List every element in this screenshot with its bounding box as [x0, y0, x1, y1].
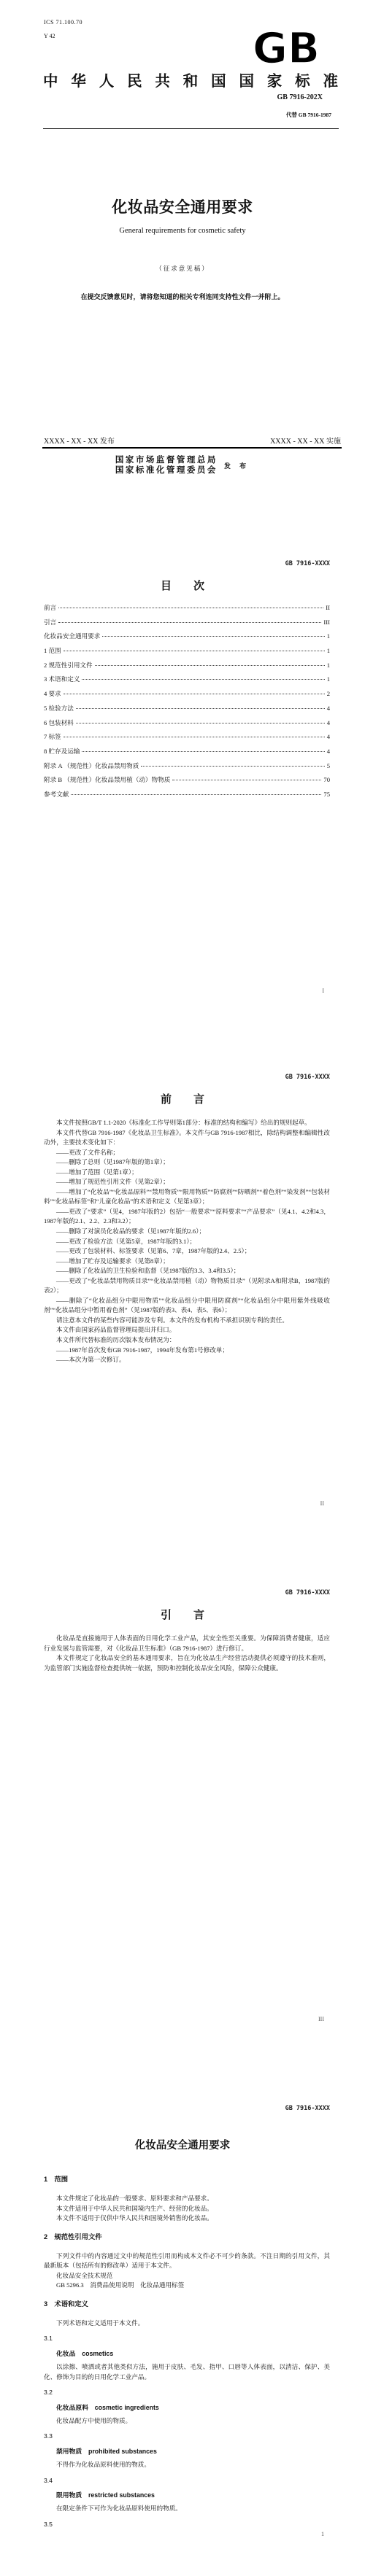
toc-entry-page: 4 [327, 719, 330, 726]
paragraph: ——更改了“化妆品禁用物质目录”“化妆品禁用植（动）物物质目录”（见附录A和附录… [44, 1276, 330, 1296]
toc-entry-page: III [323, 618, 330, 626]
toc-entry-page: 4 [327, 733, 330, 740]
paragraph: 请注意本文件的某些内容可能涉及专利。本文件的发布机构不承担识别专利的责任。 [44, 1316, 330, 1326]
paragraph: ——增加了规范性引用文件（见第2章）； [44, 1177, 330, 1187]
paragraph: 本文件所代替标准的历次版本发布情况为： [44, 1335, 330, 1346]
toc-entry[interactable]: 参考文献 75 [44, 790, 330, 804]
body-block: 1 范围 [44, 2175, 330, 2184]
toc-entry-page: 1 [327, 662, 330, 669]
body-block: 限用物质 restricted substances [44, 2491, 330, 2500]
toc-dot-leader [64, 651, 325, 651]
issue-date: XXXX - XX - XX 发布 [44, 435, 115, 446]
toc-entry-page: 1 [327, 647, 330, 654]
toc-entry-page: 70 [323, 776, 330, 783]
body-block: 化妆品安全技术规范 [44, 2271, 330, 2281]
toc-entry-label: 5 检验方法 [44, 704, 74, 713]
doc-class-code: Y 42 [44, 33, 55, 39]
toc-entry[interactable]: 附录 B （规范性）化妆品禁用植（动）物物质 70 [44, 775, 330, 790]
page-folio: 1 [321, 2531, 324, 2537]
body-blocks: 1 范围 本文件规定了化妆品的一般要求、原料要求和产品要求。 本文件适用于中华人… [44, 2166, 330, 2534]
patent-feedback-notice: 在提交反馈意见时，请将您知道的相关专利连同支持性文件一并附上。 [0, 292, 365, 301]
toc-dot-leader [76, 708, 325, 709]
paragraph: ——删除了对演员化妆品的要求（见1987年版的2.6）； [44, 1227, 330, 1237]
toc-dot-leader [64, 694, 325, 694]
toc-dot-leader [82, 751, 324, 752]
toc-entry-label: 附录 A （规范性）化妆品禁用物质 [44, 761, 139, 770]
toc-entry[interactable]: 附录 A （规范性）化妆品禁用物质 5 [44, 761, 330, 776]
replaces-note: 代替 GB 7916-1987 [286, 111, 331, 119]
toc-dot-leader [76, 723, 325, 723]
svg-text:B: B [288, 26, 320, 66]
standard-document-scroll: ICS 71.100.70 Y 42 G B G B 中华人民共和国国家标准 G… [0, 0, 365, 2576]
toc-dot-leader [95, 665, 325, 666]
introduction-paragraphs: 化妆品是直接施用于人体表面的日用化学工业产品，其安全性至关重要。为保障消费者健康… [44, 1634, 330, 1673]
cover-top-rule [43, 128, 339, 129]
body-block: 3.5 [44, 2520, 330, 2529]
paragraph: ——删除了“化妆品组分中限用物质”“化妆品组分中限用防腐剂”“化妆品组分中限用紫… [44, 1296, 330, 1316]
body-block: 以涂擦、喷洒或者其他类似方法，施用于皮肤、毛发、指甲、口唇等人体表面，以清洁、保… [44, 2362, 330, 2382]
toc-entry-label: 1 范围 [44, 646, 61, 655]
toc-entry[interactable]: 7 标签 4 [44, 732, 330, 747]
body-block: 2 规范性引用文件 [44, 2232, 330, 2242]
paragraph: ——增加了“化妆品”“化妆品原料”“禁用物质”“限用物质”“防腐剂”“防晒剂”“… [44, 1187, 330, 1207]
toc-entry-page: 75 [323, 791, 330, 798]
implementation-date: XXXX - XX - XX 实施 [270, 435, 341, 446]
paragraph: 本文件由国家药品监督管理局提出并归口。 [44, 1325, 330, 1335]
toc-entry[interactable]: 8 贮存及运输 4 [44, 747, 330, 761]
body-block: 化妆品原料 cosmetic ingredients [44, 2403, 330, 2413]
running-header: GB 7916-XXXX [285, 1074, 330, 1081]
body-page: GB 7916-XXXX 化妆品安全通用要求 1 范围 本文件规定了化妆品的一般… [0, 2060, 365, 2576]
draft-status-label: （征求意见稿） [0, 264, 365, 273]
issuer-line-1: 国家市场监督管理总局 [115, 455, 218, 465]
toc-dot-leader [141, 766, 324, 767]
body-block: 3.1 [44, 2334, 330, 2343]
paragraph: 本文件代替GB 7916-1987《化妆品卫生标准》。本文件与GB 7916-1… [44, 1128, 330, 1148]
cover-bottom-rule [42, 447, 342, 449]
body-block: 本文件适用于中华人民共和国境内生产、经营的化妆品。 [44, 2204, 330, 2214]
page-folio: I [322, 988, 324, 994]
publish-label: 发 布 [224, 461, 250, 470]
toc-entry[interactable]: 前言 II [44, 603, 330, 618]
cover-page: ICS 71.100.70 Y 42 G B G B 中华人民共和国国家标准 G… [0, 0, 365, 515]
toc-entry[interactable]: 4 要求 2 [44, 689, 330, 704]
paragraph: ——本次为第一次修订。 [44, 1355, 330, 1365]
paragraph: ——更改了文件名称； [44, 1148, 330, 1158]
toc-entry-page: 1 [327, 632, 330, 640]
body-block: 下列术语和定义适用于本文件。 [44, 2319, 330, 2328]
issuing-bodies: 国家市场监督管理总局 国家标准化管理委员会 发 布 [0, 455, 365, 476]
standard-number: GB 7916-202X [277, 93, 323, 101]
body-block: 3.4 [44, 2476, 330, 2486]
toc-dot-leader [71, 794, 321, 795]
toc-title: 目 次 [0, 578, 365, 593]
body-block: 3.3 [44, 2432, 330, 2441]
toc-entry-page: 2 [327, 690, 330, 697]
body-block: 化妆品 cosmetics [44, 2349, 330, 2359]
toc-dot-leader [82, 679, 324, 680]
document-title-cn: 化妆品安全通用要求 [0, 195, 365, 217]
toc-entry-page: 4 [327, 705, 330, 712]
toc-dot-leader [58, 608, 323, 608]
toc-entry-label: 8 贮存及运输 [44, 747, 80, 756]
paragraph: 本文件规定了化妆品安全的基本通用要求，旨在为化妆品生产经营活动提供必须遵守的技术… [44, 1653, 330, 1673]
body-block: 本文件规定了化妆品的一般要求、原料要求和产品要求。 [44, 2194, 330, 2203]
body-block: 3 术语和定义 [44, 2300, 330, 2309]
body-block: 不得作为化妆品原料使用的物质。 [44, 2460, 330, 2470]
body-block: GB 5296.3 消费品使用说明 化妆品通用标签 [44, 2281, 330, 2290]
toc-entry-label: 前言 [44, 603, 56, 612]
svg-text:G: G [253, 26, 288, 66]
toc-entry[interactable]: 2 规范性引用文件 1 [44, 661, 330, 675]
introduction-title: 引 言 [0, 1607, 365, 1622]
toc-entry[interactable]: 5 检验方法 4 [44, 704, 330, 718]
toc-entry-label: 4 要求 [44, 689, 61, 698]
body-block: 在限定条件下可作为化妆品原料使用的物质。 [44, 2504, 330, 2513]
paragraph: ——更改了检验方法（见第5章，1987年版的3.1）； [44, 1237, 330, 1247]
toc-entry-label: 附录 B （规范性）化妆品禁用植（动）物物质 [44, 775, 170, 784]
foreword-title: 前 言 [0, 1091, 365, 1106]
paragraph: ——删除了总则（见1987年版的第1章）； [44, 1157, 330, 1168]
body-block: 下列文件中的内容通过文中的规范性引用而构成本文件必不可少的条款。不注日期的引用文… [44, 2251, 330, 2271]
body-block: 3.2 [44, 2388, 330, 2397]
paragraph: ——更改了“要求”（见4，1987年版的2）包括“一般要求”“原料要求”“产品要… [44, 1207, 330, 1227]
toc-entry-page: 1 [327, 675, 330, 683]
toc-entry-label: 7 标签 [44, 732, 61, 741]
toc-entry-page: II [326, 604, 330, 611]
toc-entry-label: 3 术语和定义 [44, 675, 80, 683]
running-header: GB 7916-XXXX [285, 560, 330, 567]
toc-dot-leader [102, 636, 324, 637]
toc-page: GB 7916-XXXX 目 次 前言 II 引言 III 化妆品安全通用要求 [0, 515, 365, 1030]
toc-entry-page: 4 [327, 748, 330, 755]
toc-entry-label: 6 包装材料 [44, 718, 74, 727]
foreword-paragraphs: 本文件按照GB/T 1.1-2020《标准化工作导则第1部分：标准的结构和编写》… [44, 1118, 330, 1365]
document-title-en: General requirements for cosmetic safety [0, 227, 365, 235]
toc-entry-label: 参考文献 [44, 790, 69, 799]
ics-code: ICS 71.100.70 [44, 19, 82, 26]
body-block: 禁用物质 prohibited substances [44, 2447, 330, 2456]
page-folio: II [320, 1500, 324, 1507]
toc-entry-label: 引言 [44, 618, 56, 626]
paragraph: ——增加了范围（见第1章）； [44, 1168, 330, 1178]
paragraph: ——更改了包装材料、标签要求（见第6、7章，1987年版的2.4、2.5）； [44, 1246, 330, 1257]
body-block: 本文件不适用于仅供中华人民共和国境外销售的化妆品。 [44, 2214, 330, 2223]
paragraph: ——1987年首次发布GB 7916-1987，1994年发布第1号修改单； [44, 1346, 330, 1356]
toc-entry[interactable]: 3 术语和定义 1 [44, 675, 330, 689]
toc-entry[interactable]: 6 包装材料 4 [44, 718, 330, 733]
paragraph: 本文件按照GB/T 1.1-2020《标准化工作导则第1部分：标准的结构和编写》… [44, 1118, 330, 1128]
toc-entry-page: 5 [327, 762, 330, 769]
toc-dot-leader [58, 622, 321, 623]
body-title: 化妆品安全通用要求 [0, 2137, 365, 2152]
issuer-line-2: 国家标准化管理委员会 [115, 465, 218, 476]
foreword-page: GB 7916-XXXX 前 言 本文件按照GB/T 1.1-2020《标准化工… [0, 1030, 365, 1545]
toc-entry[interactable]: 1 范围 1 [44, 646, 330, 661]
national-standard-banner: 中华人民共和国国家标准 [43, 69, 338, 90]
toc-dot-leader [172, 780, 321, 780]
toc-entry-label: 2 规范性引用文件 [44, 661, 93, 670]
toc-list: 前言 II 引言 III 化妆品安全通用要求 1 1 范围 [44, 603, 330, 804]
toc-entry-label: 化妆品安全通用要求 [44, 632, 100, 640]
paragraph: ——删除了化妆品的卫生检验和监督（见1987版的3.3、3.4和3.5）； [44, 1266, 330, 1276]
toc-dot-leader [64, 737, 325, 737]
body-block: 化妆品配方中使用的物质。 [44, 2416, 330, 2426]
toc-entry[interactable]: 化妆品安全通用要求 1 [44, 632, 330, 646]
running-header: GB 7916-XXXX [285, 1589, 330, 1597]
page-folio: III [318, 2016, 324, 2022]
paragraph: 化妆品是直接施用于人体表面的日用化学工业产品，其安全性至关重要。为保障消费者健康… [44, 1634, 330, 1653]
gb-standard-logo-icon: G B G B [252, 26, 323, 66]
running-header: GB 7916-XXXX [285, 2105, 330, 2112]
toc-entry[interactable]: 引言 III [44, 618, 330, 632]
introduction-page: GB 7916-XXXX 引 言 化妆品是直接施用于人体表面的日用化学工业产品，… [0, 1545, 365, 2060]
paragraph: ——增加了贮存及运输要求（见第8章）； [44, 1257, 330, 1267]
